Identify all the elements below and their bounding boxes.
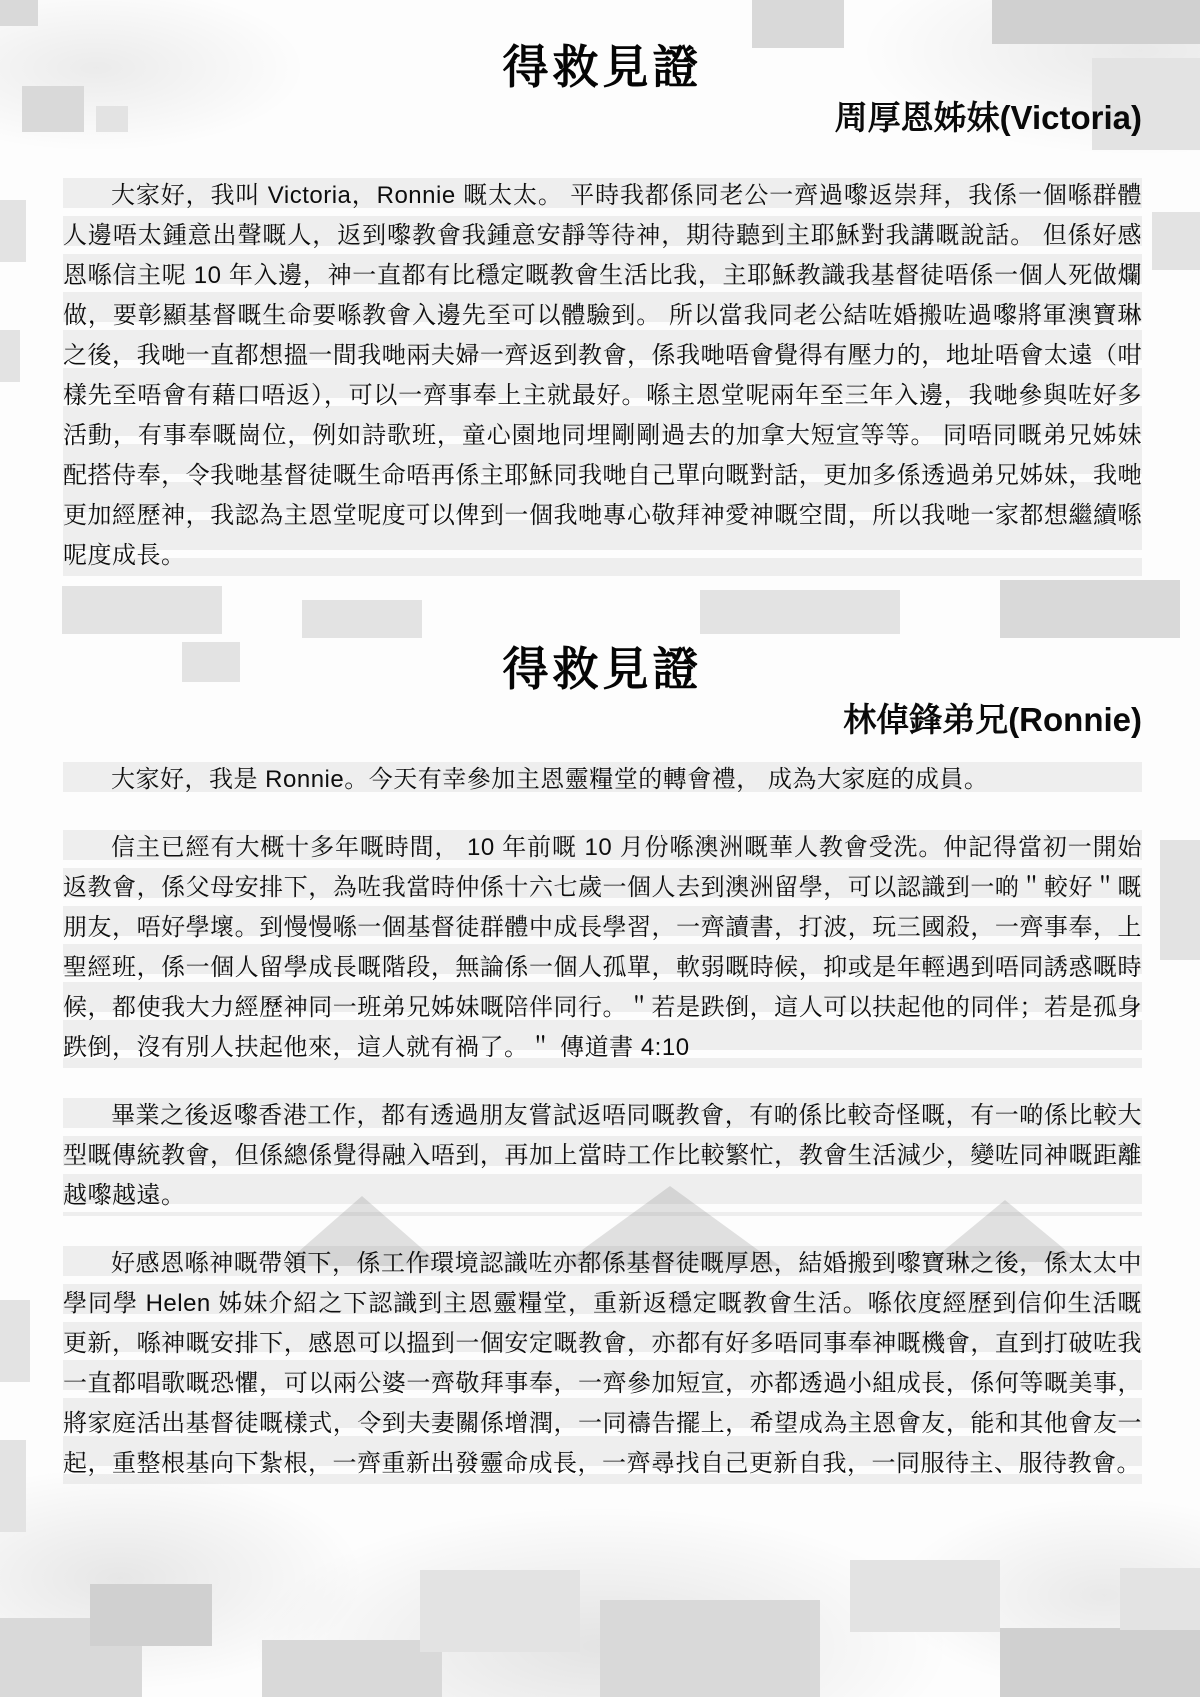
testimony-body: 大家好，我是 Ronnie。今天有幸參加主恩靈糧堂的轉會禮， 成為大家庭的成員。… (63, 760, 1142, 1484)
scan-artifact (600, 1600, 820, 1697)
scanned-document-page: 得救見證 周厚恩姊妹(Victoria) 大家好，我叫 Victoria，Ron… (0, 0, 1200, 1697)
scan-artifact (262, 1640, 442, 1697)
scan-artifact (850, 1560, 1000, 1632)
section-title: 得救見證 (63, 642, 1142, 697)
section-author: 林倬鋒弟兄(Ronnie) (63, 699, 1142, 742)
section-title: 得救見證 (63, 40, 1142, 95)
testimony-paragraph: 畢業之後返嚟香港工作，都有透過朋友嘗試返唔同嘅教會，有啲係比較奇怪嘅，有一啲係比… (63, 1096, 1142, 1216)
testimony-paragraph: 大家好，我叫 Victoria，Ronnie 嘅太太。 平時我都係同老公一齊過嚟… (63, 176, 1142, 576)
scan-artifact (1000, 1628, 1200, 1697)
testimony-paragraph: 好感恩喺神嘅帶領下，係工作環境認識咗亦都係基督徒嘅厚恩，結婚搬到嚟寶琳之後，係太… (63, 1244, 1142, 1484)
testimony-section-victoria: 得救見證 周厚恩姊妹(Victoria) 大家好，我叫 Victoria，Ron… (63, 40, 1142, 576)
scan-artifact (90, 1584, 212, 1646)
section-author: 周厚恩姊妹(Victoria) (63, 97, 1142, 140)
scan-artifact (1120, 1568, 1200, 1630)
document-content: 得救見證 周厚恩姊妹(Victoria) 大家好，我叫 Victoria，Ron… (0, 0, 1200, 1484)
testimony-body: 大家好，我叫 Victoria，Ronnie 嘅太太。 平時我都係同老公一齊過嚟… (63, 176, 1142, 576)
testimony-paragraph: 信主已經有大概十多年嘅時間， 10 年前嘅 10 月份喺澳洲嘅華人教會受洗。仲記… (63, 828, 1142, 1068)
scan-artifact (420, 1570, 580, 1652)
testimony-paragraph: 大家好，我是 Ronnie。今天有幸參加主恩靈糧堂的轉會禮， 成為大家庭的成員。 (63, 760, 1142, 800)
testimony-section-ronnie: 得救見證 林倬鋒弟兄(Ronnie) 大家好，我是 Ronnie。今天有幸參加主… (63, 642, 1142, 1484)
